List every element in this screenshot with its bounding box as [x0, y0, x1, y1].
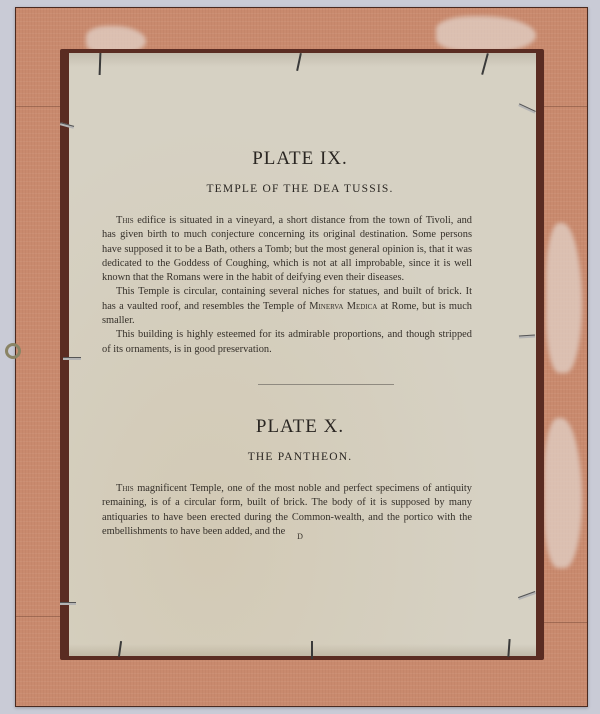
signature-mark: D [0, 532, 600, 541]
frame-tape-seam [16, 616, 62, 617]
small-caps-lead: This [116, 215, 134, 226]
plate-ix-paragraph-2: This Temple is circular, containing seve… [102, 285, 472, 328]
frame-worn-patch [544, 418, 582, 568]
frame-worn-patch [546, 223, 582, 373]
frame-tape-seam [16, 106, 62, 107]
plate-x-paragraph-1: This magnificent Temple, one of the most… [102, 482, 472, 539]
small-caps-name: Minerva Medica [309, 301, 377, 312]
hanging-ring [5, 343, 21, 359]
plate-x-body: This magnificent Temple, one of the most… [102, 482, 472, 539]
plate-x-title: PLATE X. [0, 416, 600, 438]
frame-worn-patch [436, 16, 536, 52]
plate-x-subtitle: THE PANTHEON. [0, 451, 600, 463]
glazier-point [60, 602, 76, 605]
plate-ix-paragraph-3: This building is highly esteemed for its… [102, 328, 472, 357]
frame-tape-seam [541, 622, 587, 623]
plate-ix-subtitle: TEMPLE OF THE DEA TUSSIS. [0, 183, 600, 195]
small-caps-lead: This [116, 483, 134, 494]
glazier-point [63, 357, 81, 360]
glazier-point [311, 641, 313, 659]
frame-tape-seam [541, 106, 587, 107]
section-divider [258, 384, 394, 385]
plate-ix-body: This edifice is situated in a vineyard, … [102, 214, 472, 357]
plate-ix-title: PLATE IX. [0, 148, 600, 170]
plate-ix-paragraph-1: This edifice is situated in a vineyard, … [102, 214, 472, 285]
